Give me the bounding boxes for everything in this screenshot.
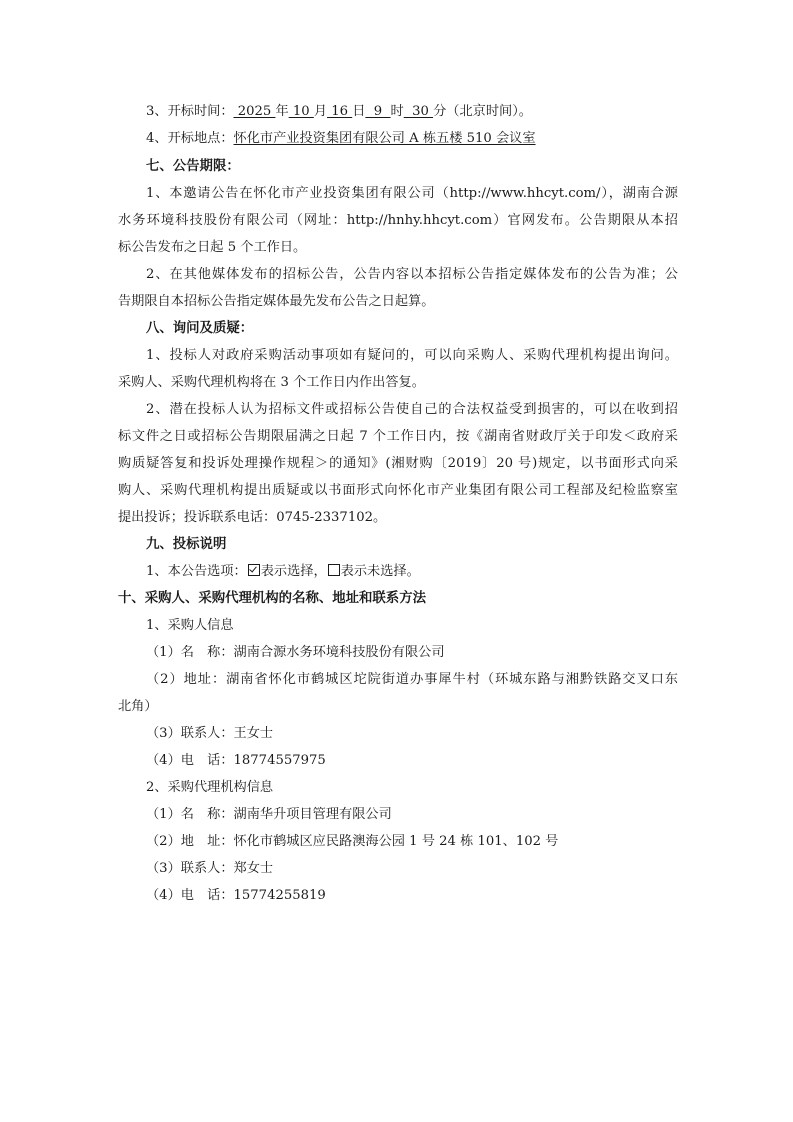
agency-address: （2）地 址：怀化市鹤城区应民路澳海公园 1 号 24 栋 101、102 号: [146, 832, 558, 852]
section-8-heading: 八、询问及质疑：: [146, 319, 253, 339]
label: 4、开标地点：: [146, 131, 234, 146]
purchaser-phone: （4）电 话：18774557975: [146, 751, 326, 771]
bid-opening-time: 3、开标时间： 2025 年 10 月 16 日 9 时 30 分（北京时间）。: [146, 102, 532, 122]
paragraph-line: 告期限自本招标公告指定媒体最先发布公告之日起算。: [118, 292, 678, 312]
paragraph-line: 标文件之日或招标公告期限届满之日起 7 个工作日内，按《湖南省财政厅关于印发＜政…: [118, 427, 678, 447]
purchaser-contact: （3）联系人：王女士: [146, 724, 273, 744]
location-value: 怀化市产业投资集团有限公司 A 栋五楼 510 会议室: [234, 131, 536, 146]
paragraph-line: 购人、采购代理机构提出质疑或以书面形式向怀化市产业集团有限公司工程部及纪检监察室: [118, 481, 678, 501]
purchaser-name: （1）名 称：湖南合源水务环境科技股份有限公司: [146, 643, 445, 663]
section-7-heading: 七、公告期限：: [146, 157, 240, 177]
agency-name: （1）名 称：湖南华升项目管理有限公司: [146, 805, 392, 825]
label: 3、开标时间：: [146, 104, 234, 119]
month-value: 10: [289, 104, 314, 119]
agency-contact: （3）联系人：郑女士: [146, 859, 273, 879]
paragraph-line: 水务环境科技股份有限公司（网址：http://hnhy.hhcyt.com）官网…: [118, 211, 678, 231]
section-10-heading: 十、采购人、采购代理机构的名称、地址和联系方法: [118, 589, 678, 609]
minute-unit: 分（北京时间）。: [433, 104, 532, 119]
paragraph-line: 采购人、采购代理机构将在 3 个工作日内作出答复。: [118, 373, 678, 393]
paragraph-line: 1、本邀请公告在怀化市产业投资集团有限公司（http://www.hhcyt.c…: [146, 184, 678, 204]
paragraph-line: 2、在其他媒体发布的招标公告，公告内容以本招标公告指定媒体发布的公告为准；公: [146, 265, 678, 285]
purchaser-title: 1、采购人信息: [146, 616, 234, 636]
section-9-heading: 九、投标说明: [146, 535, 226, 555]
purchaser-address-cont: 北角）: [118, 697, 678, 717]
day-unit: 日: [352, 104, 365, 119]
checked-box-icon: [248, 564, 260, 576]
paragraph-line: 1、投标人对政府采购活动事项如有疑问的，可以向采购人、采购代理机构提出询问。: [146, 346, 678, 366]
paragraph-line: 提出投诉；投诉联系电话：0745-2337102。: [118, 508, 678, 528]
paragraph-line: 标公告发布之日起 5 个工作日。: [118, 238, 678, 258]
hour-unit: 时: [391, 104, 404, 119]
year-value: 2025: [234, 104, 276, 119]
paragraph-line: 购质疑答复和投诉处理操作规程＞的通知》(湘财购〔2019〕20 号)规定，以书面…: [118, 454, 678, 474]
unchecked-label: 表示未选择。: [341, 564, 420, 579]
unchecked-box-icon: [328, 564, 340, 576]
option-legend: 1、本公告选项：表示选择，表示未选择。: [146, 562, 420, 582]
checked-label: 表示选择，: [261, 564, 327, 579]
document-page: 3、开标时间： 2025 年 10 月 16 日 9 时 30 分（北京时间）。…: [0, 0, 793, 1122]
agency-phone: （4）电 话：15774255819: [146, 886, 326, 906]
paragraph-line: 2、潜在投标人认为招标文件或招标公告使自己的合法权益受到损害的，可以在收到招: [146, 400, 678, 420]
hour-value: 9: [365, 104, 390, 119]
label: 1、本公告选项：: [146, 564, 247, 579]
minute-value: 30: [404, 104, 433, 119]
bid-opening-location: 4、开标地点：怀化市产业投资集团有限公司 A 栋五楼 510 会议室: [146, 129, 536, 149]
day-value: 16: [327, 104, 352, 119]
year-unit: 年: [275, 104, 288, 119]
month-unit: 月: [314, 104, 327, 119]
agency-title: 2、采购代理机构信息: [146, 778, 273, 798]
purchaser-address: （2）地址：湖南省怀化市鹤城区坨院街道办事犀牛村（环城东路与湘黔铁路交叉口东: [146, 670, 678, 690]
